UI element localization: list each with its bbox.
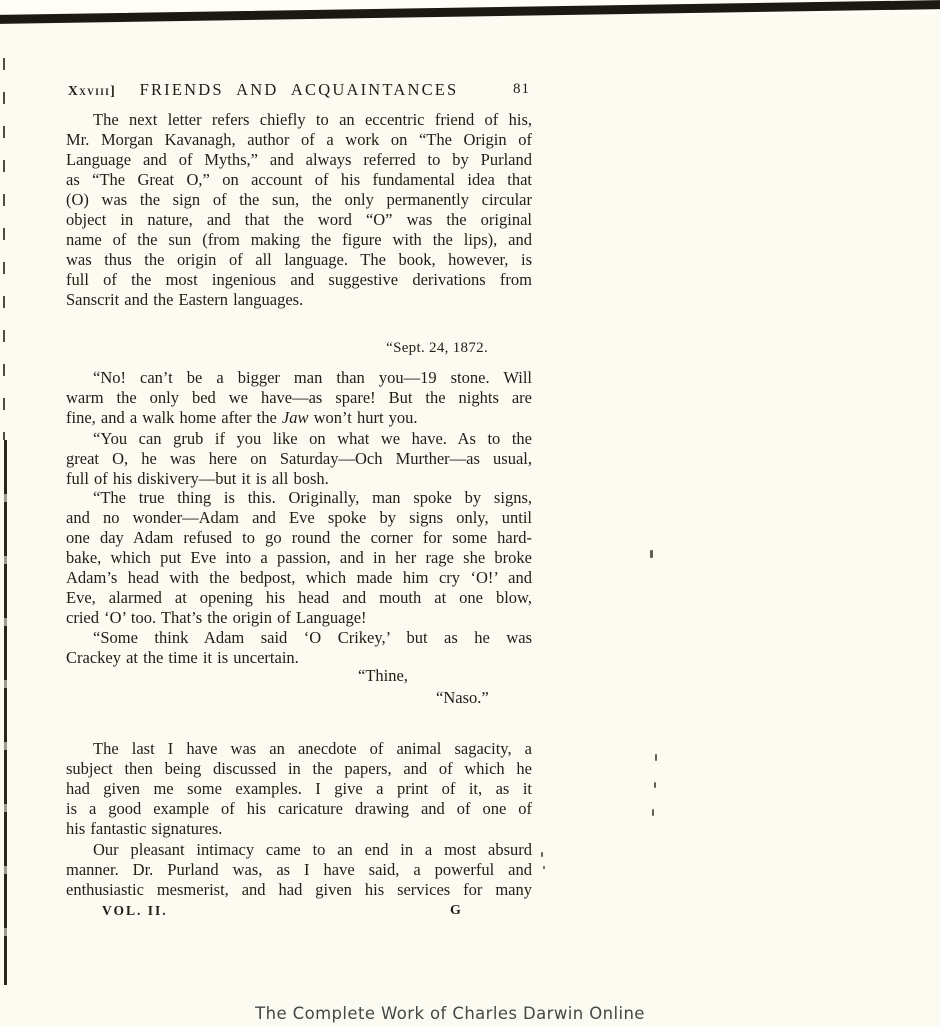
text-line: Language and of Myths,” and always refer…	[66, 150, 532, 170]
text-segment: won’t hurt you.	[309, 408, 418, 427]
text-line: had given me some examples. I give a pri…	[66, 779, 532, 799]
text-segment: fine, and a walk home after the	[66, 408, 282, 427]
text-line: full of his diskivery—but it is all bosh…	[66, 469, 532, 489]
text-line: enthusiastic mesmerist, and had given hi…	[66, 880, 532, 900]
text-line: fine, and a walk home after the Jaw won’…	[66, 408, 532, 428]
paragraph-kavanagh: The next letter refers chiefly to an ecc…	[66, 110, 532, 310]
text-line: his fantastic signatures.	[66, 819, 532, 839]
text-line: one day Adam refused to go round the cor…	[66, 528, 532, 548]
running-header-title: FRIENDS AND ACQUAINTANCES	[140, 80, 459, 100]
watermark-caption: The Complete Work of Charles Darwin Onli…	[0, 1004, 900, 1023]
page-number: 81	[513, 81, 530, 98]
text-line: is a good example of his caricature draw…	[66, 799, 532, 819]
signature-thine: “Thine,	[358, 666, 408, 686]
text-line: object in nature, and that the word “O” …	[66, 210, 532, 230]
text-line: Mr. Morgan Kavanagh, author of a work on…	[66, 130, 532, 150]
text-line: as “The Great O,” on account of his fund…	[66, 170, 532, 190]
binding-edge-line-lower	[4, 440, 7, 985]
printer-signature-mark: G	[450, 903, 462, 919]
text-line: “The true thing is this. Originally, man…	[66, 488, 532, 508]
text-line: “You can grub if you like on what we hav…	[66, 429, 532, 449]
letter-paragraph-4: “Some think Adam said ‘O Crikey,’ but as…	[66, 628, 532, 668]
text-line: warm the only bed we have—as spare! But …	[66, 388, 532, 408]
page-footer: VOL. II. G	[66, 903, 532, 921]
italic-word: Jaw	[282, 408, 309, 427]
text-line: was thus the origin of all language. The…	[66, 250, 532, 270]
text-line: cried ‘O’ too. That’s the origin of Lang…	[66, 608, 532, 628]
ink-speck	[652, 809, 654, 816]
running-header: XXVIII] FRIENDS AND ACQUAINTANCES 81	[66, 80, 532, 102]
text-line: full of the most ingenious and suggestiv…	[66, 270, 532, 290]
volume-label: VOL. II.	[102, 903, 168, 919]
text-line: manner. Dr. Purland was, as I have said,…	[66, 860, 532, 880]
ink-speck	[541, 852, 543, 857]
scanned-page: XXVIII] FRIENDS AND ACQUAINTANCES 81 The…	[0, 0, 940, 1026]
ink-speck	[650, 550, 653, 558]
text-line: “No! can’t be a bigger man than you—19 s…	[66, 368, 532, 388]
text-line: The next letter refers chiefly to an ecc…	[66, 110, 532, 130]
text-line: subject then being discussed in the pape…	[66, 759, 532, 779]
letter-date: “Sept. 24, 1872.	[66, 340, 532, 357]
text-line: great O, he was here on Saturday—Och Mur…	[66, 449, 532, 469]
text-line: Eve, alarmed at opening his head and mou…	[66, 588, 532, 608]
text-line: Sanscrit and the Eastern languages.	[66, 290, 532, 310]
letter-paragraph-2: “You can grub if you like on what we hav…	[66, 429, 532, 489]
ink-speck	[654, 782, 656, 788]
text-line: Adam’s head with the bedpost, which made…	[66, 568, 532, 588]
text-line: The last I have was an anecdote of anima…	[66, 739, 532, 759]
ink-speck	[543, 866, 545, 869]
chapter-number: XXVIII]	[68, 83, 116, 99]
text-line: and no wonder—Adam and Eve spoke by sign…	[66, 508, 532, 528]
text-line: Crackey at the time it is uncertain.	[66, 648, 532, 668]
signature-naso: “Naso.”	[436, 688, 489, 708]
paragraph-anecdote: The last I have was an anecdote of anima…	[66, 739, 532, 839]
paragraph-intimacy: Our pleasant intimacy came to an end in …	[66, 840, 532, 900]
ink-speck	[655, 754, 657, 761]
letter-paragraph-3: “The true thing is this. Originally, man…	[66, 488, 532, 628]
binding-edge-line-upper	[3, 58, 5, 440]
text-line: “Some think Adam said ‘O Crikey,’ but as…	[66, 628, 532, 648]
text-line: Our pleasant intimacy came to an end in …	[66, 840, 532, 860]
text-line: name of the sun (from making the figure …	[66, 230, 532, 250]
text-line: (O) was the sign of the sun, the only pe…	[66, 190, 532, 210]
letter-paragraph-1: “No! can’t be a bigger man than you—19 s…	[66, 368, 532, 428]
text-line: bake, which put Eve into a passion, and …	[66, 548, 532, 568]
